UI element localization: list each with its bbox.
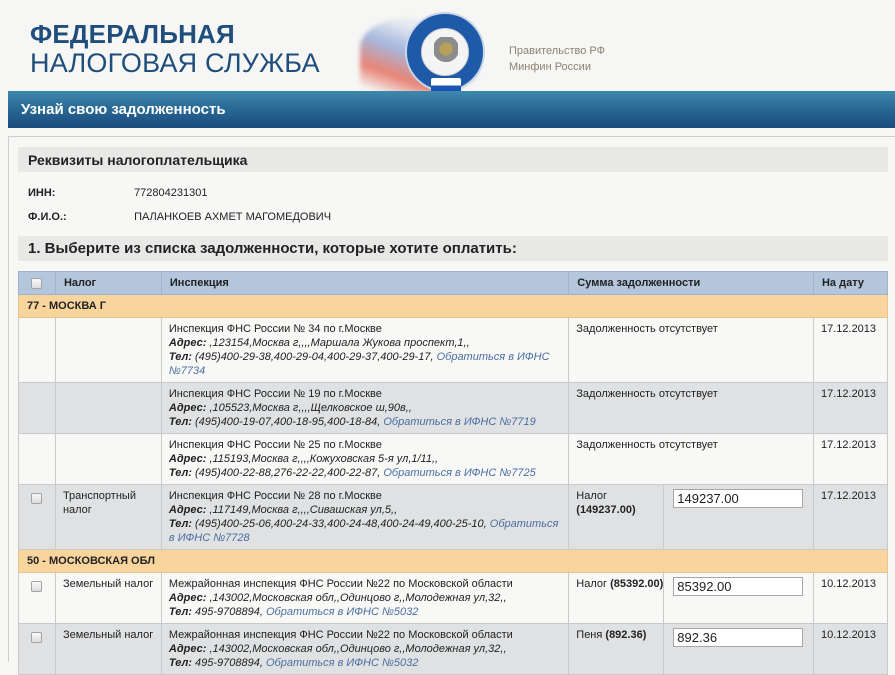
inspection-name: Инспекция ФНС России № 19 по г.Москве [169,387,561,401]
brand-logo-text[interactable]: ФЕДЕРАЛЬНАЯ НАЛОГОВАЯ СЛУЖБА [30,20,320,78]
phone-value: (495)400-25-06,400-24-33,400-24-48,400-2… [192,518,490,530]
row-checkbox[interactable] [31,493,42,504]
taxpayer-section-title: Реквизиты налогоплательщика [18,147,888,172]
region-row: 50 - МОСКОВСКАЯ ОБЛ [19,550,888,573]
phone-value: (495)400-19-07,400-18-95,400-18-84, [192,416,383,428]
debts-section-title: 1. Выберите из списка задолженности, кот… [18,236,888,261]
page-title: Узнай свою задолженность [8,91,895,128]
inspection-address: Адрес: ,143002,Московская обл,,Одинцово … [169,591,561,605]
table-row: Инспекция ФНС России № 19 по г.Москве Ад… [19,383,888,434]
region-name: 50 - МОСКОВСКАЯ ОБЛ [19,550,888,573]
address-label: Адрес: [169,592,207,604]
inspection-phone: Тел: (495)400-22-88,276-22-22,400-22-87,… [169,466,561,480]
phone-value: (495)400-29-38,400-29-04,400-29-37,400-2… [192,351,437,363]
row-checkbox[interactable] [31,632,42,643]
select-all-checkbox[interactable] [31,278,42,289]
sum-cell: Задолженность отсутствует [569,383,814,434]
payment-amount-input[interactable] [673,489,803,508]
phone-label: Тел: [169,467,192,479]
address-value: ,143002,Московская обл,,Одинцово г,,Моло… [206,592,506,604]
table-row: Транспортный налог Инспекция ФНС России … [19,485,888,550]
address-value: ,117149,Москва г,,,,Сивашская ул,5,, [206,504,397,516]
contact-ifns-link[interactable]: Обратиться в ИФНС №5032 [266,606,418,618]
no-debt-text: Задолженность отсутствует [576,439,718,451]
inspection-address: Адрес: ,115193,Москва г,,,,Кожуховская 5… [169,452,561,466]
phone-label: Тел: [169,518,192,530]
phone-value: (495)400-22-88,276-22-22,400-22-87, [192,467,383,479]
inspection-cell: Инспекция ФНС России № 19 по г.Москве Ад… [161,383,568,434]
address-value: ,123154,Москва г,,,,Маршала Жукова просп… [206,337,469,349]
sum-amount: (149237.00) [576,504,635,516]
sum-amount: (85392.00) [610,578,663,590]
phone-value: 495-9708894, [192,657,266,662]
phone-label: Тел: [169,657,192,662]
contact-ifns-link[interactable]: Обратиться в ИФНС №7725 [383,467,535,479]
checkbox-cell [19,434,56,485]
address-label: Адрес: [169,337,207,349]
checkbox-cell [19,485,56,550]
sum-cell: Задолженность отсутствует [569,434,814,485]
fns-emblem-icon [405,12,485,92]
address-label: Адрес: [169,453,207,465]
payment-amount-input[interactable] [673,628,803,647]
region-row: 77 - МОСКВА Г [19,295,888,318]
date-cell: 17.12.2013 [813,318,887,383]
select-all-cell [19,272,56,295]
date-cell: 17.12.2013 [813,434,887,485]
tax-name [55,383,161,434]
col-date: На дату [813,272,887,295]
sum-cell: Налог (85392.00) [569,573,814,624]
date-cell: 17.12.2013 [813,485,887,550]
phone-label: Тел: [169,416,192,428]
phone-label: Тел: [169,606,192,618]
inspection-name: Инспекция ФНС России № 28 по г.Москве [169,489,561,503]
brand-line-2: НАЛОГОВАЯ СЛУЖБА [30,49,320,78]
date-cell: 10.12.2013 [813,624,887,663]
tax-name [55,434,161,485]
inn-value: 772804231301 [134,187,207,199]
inn-label: ИНН: [28,187,131,199]
tax-name: Земельный налог [55,573,161,624]
col-sum: Сумма задолженности [569,272,814,295]
link-government[interactable]: Правительство РФ [509,43,605,59]
date-cell: 10.12.2013 [813,573,887,624]
inspection-cell: Инспекция ФНС России № 25 по г.Москве Ад… [161,434,568,485]
inspection-phone: Тел: 495-9708894, Обратиться в ИФНС №503… [169,605,561,619]
address-value: ,105523,Москва г,,,,Щелковское ш,90в,, [206,402,411,414]
inspection-address: Адрес: ,123154,Москва г,,,,Маршала Жуков… [169,336,561,350]
table-row: Земельный налог Межрайонная инспекция ФН… [19,624,888,663]
sum-cell: Налог (149237.00) [569,485,814,550]
tax-name [55,318,161,383]
address-label: Адрес: [169,402,207,414]
address-label: Адрес: [169,504,207,516]
no-debt-text: Задолженность отсутствует [576,323,718,335]
inspection-name: Инспекция ФНС России № 25 по г.Москве [169,438,561,452]
inn-field: ИНН: 772804231301 [28,187,207,199]
checkbox-cell [19,318,56,383]
brand-line-1: ФЕДЕРАЛЬНАЯ [30,20,320,49]
sum-type: Налог [576,578,607,590]
eagle-icon [434,37,458,67]
inspection-phone: Тел: (495)400-25-06,400-24-33,400-24-48,… [169,517,561,545]
table-row: Инспекция ФНС России № 34 по г.Москве Ад… [19,318,888,383]
sum-divider [663,485,664,549]
gov-links: Правительство РФ Минфин России [509,43,605,75]
row-checkbox[interactable] [31,581,42,592]
sum-divider [663,573,664,623]
col-tax: Налог [55,272,161,295]
inspection-address: Адрес: ,117149,Москва г,,,,Сивашская ул,… [169,503,561,517]
checkbox-cell [19,383,56,434]
address-value: ,115193,Москва г,,,,Кожуховская 5-я ул,1… [206,453,438,465]
checkbox-cell [19,573,56,624]
table-row: Инспекция ФНС России № 25 по г.Москве Ад… [19,434,888,485]
date-cell: 17.12.2013 [813,383,887,434]
phone-label: Тел: [169,351,192,363]
payment-amount-input[interactable] [673,577,803,596]
checkbox-cell [19,624,56,663]
table-row: Земельный налог Межрайонная инспекция ФН… [19,573,888,624]
inspection-phone: Тел: (495)400-29-38,400-29-04,400-29-37,… [169,350,561,378]
emblem-center [421,28,469,76]
address-label: Адрес: [169,643,207,655]
sum-type: Налог [576,490,607,502]
inspection-phone: Тел: 495-9708894, Обратиться в ИФНС №503… [169,656,561,662]
phone-value: 495-9708894, [192,606,266,618]
region-name: 77 - МОСКВА Г [19,295,888,318]
inspection-address: Адрес: ,105523,Москва г,,,,Щелковское ш,… [169,401,561,415]
address-value: ,143002,Московская обл,,Одинцово г,,Моло… [206,643,506,655]
content-panel: Реквизиты налогоплательщика ИНН: 7728042… [8,136,895,662]
sum-amount: (892.36) [605,629,646,641]
sum-cell: Пеня (892.36) [569,624,814,663]
inspection-cell: Инспекция ФНС России № 34 по г.Москве Ад… [161,318,568,383]
inspection-cell: Инспекция ФНС России № 28 по г.Москве Ад… [161,485,568,550]
site-header: ФЕДЕРАЛЬНАЯ НАЛОГОВАЯ СЛУЖБА Правительст… [0,0,895,91]
col-inspection: Инспекция [161,272,568,295]
sum-divider [663,624,664,662]
fio-label: Ф.И.О.: [28,211,131,223]
inspection-name: Межрайонная инспекция ФНС России №22 по … [169,577,561,591]
inspection-phone: Тел: (495)400-19-07,400-18-95,400-18-84,… [169,415,561,429]
inspection-cell: Межрайонная инспекция ФНС России №22 по … [161,573,568,624]
inspection-name: Инспекция ФНС России № 34 по г.Москве [169,322,561,336]
sum-cell: Задолженность отсутствует [569,318,814,383]
tax-name: Транспортный налог [55,485,161,550]
tax-name: Земельный налог [55,624,161,663]
debts-table: Налог Инспекция Сумма задолженности На д… [18,271,888,662]
sum-type: Пеня [576,629,602,641]
inspection-cell: Межрайонная инспекция ФНС России №22 по … [161,624,568,663]
inspection-address: Адрес: ,143002,Московская обл,,Одинцово … [169,642,561,656]
contact-ifns-link[interactable]: Обратиться в ИФНС №7719 [383,416,535,428]
table-header-row: Налог Инспекция Сумма задолженности На д… [19,272,888,295]
no-debt-text: Задолженность отсутствует [576,388,718,400]
contact-ifns-link[interactable]: Обратиться в ИФНС №5032 [266,657,418,662]
inspection-name: Межрайонная инспекция ФНС России №22 по … [169,628,561,642]
link-minfin[interactable]: Минфин России [509,59,605,75]
fio-value: ПАЛАНКОЕВ АХМЕТ МАГОМЕДОВИЧ [134,211,331,223]
fio-field: Ф.И.О.: ПАЛАНКОЕВ АХМЕТ МАГОМЕДОВИЧ [28,211,331,223]
